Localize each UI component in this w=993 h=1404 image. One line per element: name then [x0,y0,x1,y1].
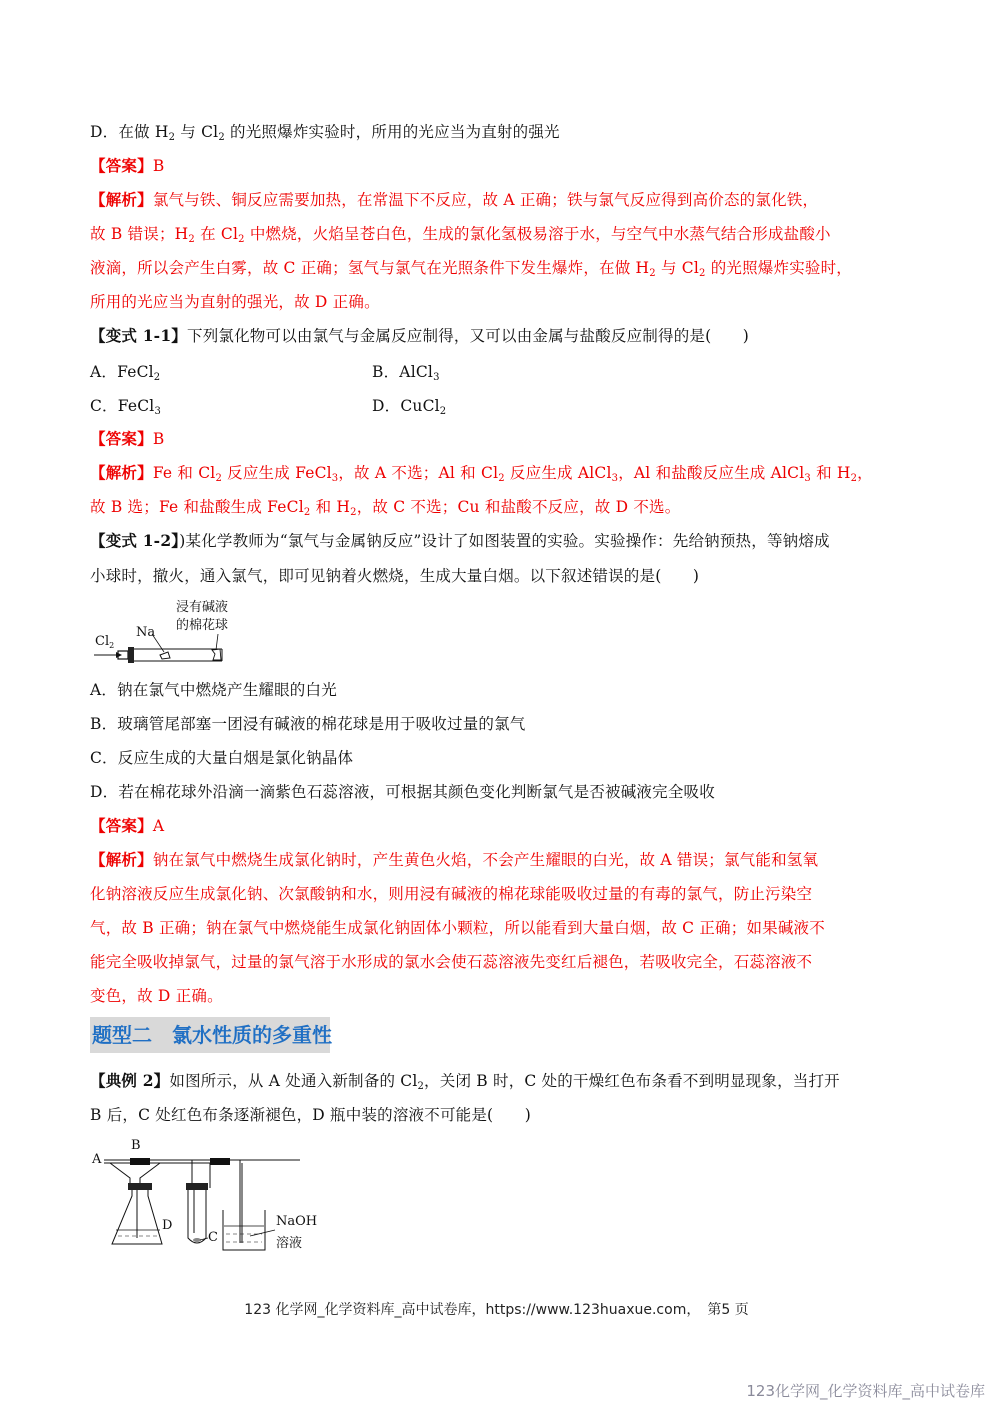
variant-1-2-option-b: B．玻璃管尾部塞一团浸有碱液的棉花球是用于吸收过量的氯气 [90,714,526,734]
analysis-label: 【解析】 [90,463,153,482]
label-cl2: Cl2 [95,634,114,649]
variant-1-2-analysis-line-5: 变色，故 D 正确。 [90,986,223,1006]
variant-1-1-options-row-2: C．FeCl3 D．CuCl2 [90,396,690,416]
analysis-text: 和 H [310,498,350,516]
label-na: Na [136,625,155,640]
formula: Cl [682,259,699,277]
page-footer: 123 化学网_化学资料库_高中试卷库，https://www.123huaxu… [0,1299,993,1319]
analysis-text: 与 [656,259,682,277]
formula: FeCl [117,363,154,381]
analysis-text: 在 [195,225,221,243]
sodium-tube-figure: Cl2 Na 浸有碱液 的棉花球 [90,594,260,670]
variant-1-1-answer: 【答案】B [90,429,164,449]
analysis-text: ，Al 和盐酸反应生成 AlCl [618,464,804,482]
watermark: 123化学网_化学资料库_高中试卷库 [746,1380,985,1401]
label-cotton-line-2: 的棉花球 [176,614,228,633]
prev-answer: 【答案】B [90,156,164,176]
prev-analysis-line-3: 液滴，所以会产生白雾，故 C 正确；氢气与氯气在光照条件下发生爆炸，在做 H2 … [90,258,852,278]
variant-1-2-option-a: A．钠在氯气中燃烧产生耀眼的白光 [90,680,337,700]
question-label: 【变式 1-2】 [90,531,179,550]
formula: FeCl [118,397,155,415]
option-text: 与 [175,123,201,141]
answer-value: B [153,157,165,175]
subscript: 3 [154,406,161,417]
analysis-text: 钠在氯气中燃烧生成氯化钠时，产生黄色火焰，不会产生耀眼的白光，故 A 错误；氯气… [153,851,818,869]
prev-option-d: D．在做 H2 与 Cl2 的光照爆炸实验时，所用的光应当为直射的强光 [90,122,560,142]
option-a: A．FeCl2 [90,363,160,381]
label-b: B [131,1138,141,1153]
option-text: 的光照爆炸实验时，所用的光应当为直射的强光 [225,123,560,141]
variant-1-1-options-row-1: A．FeCl2 B．AlCl3 [90,362,690,382]
apparatus-figure: A B C D NaOH 溶液 [90,1138,330,1253]
example-2-question-line-1: 【典例 2】如图所示，从 A 处通入新制备的 Cl2，关闭 B 时，C 处的干燥… [90,1071,840,1091]
variant-1-2-analysis-line-3: 气，故 B 正确；钠在氯气中燃烧能生成氯化钠固体小颗粒，所以能看到大量白烟，故 … [90,918,825,938]
answer-label: 【答案】 [90,816,153,835]
analysis-text: 中燃烧，火焰呈苍白色，生成的氯化氢极易溶于水，与空气中水蒸气结合形成盐酸小 [245,225,831,243]
example-2-question-line-2: B 后，C 处红色布条逐渐褪色，D 瓶中装的溶液不可能是( ) [90,1105,531,1125]
formula: H [175,225,189,243]
formula: H [636,259,650,277]
analysis-text: 液滴，所以会产生白雾，故 C 正确；氢气与氯气在光照条件下发生爆炸，在做 [90,259,636,277]
variant-1-2-answer: 【答案】A [90,816,164,836]
analysis-text: ，故 C 不选；Cu 和盐酸不反应，故 D 不选。 [357,498,681,516]
analysis-text: 反应生成 FeCl [222,464,332,482]
analysis-label: 【解析】 [90,850,153,869]
option-letter: B． [372,363,399,381]
section-number: 题型二 [92,1023,152,1047]
option-d: D．CuCl2 [372,396,446,416]
analysis-text: 的光照爆炸实验时， [706,259,852,277]
analysis-text: ， [857,464,873,482]
subscript: 2 [440,406,447,417]
variant-1-2-analysis-line-1: 【解析】钠在氯气中燃烧生成氯化钠时，产生黄色火焰，不会产生耀眼的白光，故 A 错… [90,850,818,870]
analysis-label: 【解析】 [90,190,153,209]
option-letter: A． [90,363,117,381]
subscript: 2 [109,641,114,650]
answer-label: 【答案】 [90,429,153,448]
question-text: 小球时，撤火，通入氯气，即可见钠着火燃烧，生成大量白烟。以下叙述错误的是( ) [90,567,699,585]
variant-1-1-analysis-line-2: 故 B 选；Fe 和盐酸生成 FeCl2 和 H2，故 C 不选；Cu 和盐酸不… [90,497,680,517]
analysis-text: 反应生成 AlCl [505,464,612,482]
label-d: D [162,1218,172,1233]
answer-value: B [153,430,165,448]
question-label: 【典例 2】 [90,1071,169,1090]
label-c: C [208,1230,218,1245]
variant-1-2-analysis-line-2: 化钠溶液反应生成氯化钠、次氯酸钠和水，则用浸有碱液的棉花球能吸收过量的有毒的氯气… [90,884,812,904]
analysis-text: 氯气与铁、铜反应需要加热，在常温下不反应，故 A 正确；铁与氯气反应得到高价态的… [153,191,818,209]
subscript: 2 [154,372,161,383]
option-b: B．AlCl3 [372,362,440,382]
option-c: C．FeCl3 [90,397,161,415]
formula: CuCl [400,397,439,415]
option-letter: C． [90,397,118,415]
question-text: 如图所示，从 A 处通入新制备的 Cl [169,1072,417,1090]
section-title: 氯水性质的多重性 [172,1023,332,1047]
option-letter: D． [372,397,400,415]
prev-analysis-line-1: 【解析】氯气与铁、铜反应需要加热，在常温下不反应，故 A 正确；铁与氯气反应得到… [90,190,818,210]
analysis-text: 和 H [811,464,851,482]
analysis-text: 故 B 选；Fe 和盐酸生成 FeCl [90,498,304,516]
variant-1-1-question: 【变式 1-1】下列氯化物可以由氯气与金属反应制得，又可以由金属与盐酸反应制得的… [90,326,749,346]
formula: Cl [221,225,238,243]
option-text: D．在做 [90,123,155,141]
variant-1-2-option-c: C．反应生成的大量白烟是氯化钠晶体 [90,748,353,768]
section-header: 题型二氯水性质的多重性 [90,1017,330,1053]
label-a: A [92,1152,101,1167]
formula: Cl [201,123,218,141]
variant-1-2-analysis-line-4: 能完全吸收掉氯气，过量的氯气溶于水形成的氯水会使石蕊溶液先变红后褪色，若吸收完全… [90,952,812,972]
analysis-text: 故 B 错误； [90,225,175,243]
analysis-text: 所用的光应当为直射的强光，故 D 正确。 [90,293,380,311]
analysis-text: ，故 A 不选；Al 和 Cl [338,464,498,482]
subscript: 3 [433,372,440,383]
variant-1-1-analysis-line-1: 【解析】Fe 和 Cl2 反应生成 FeCl3，故 A 不选；Al 和 Cl2 … [90,463,873,483]
formula: H [155,123,169,141]
variant-1-2-question-line-2: 小球时，撤火，通入氯气，即可见钠着火燃烧，生成大量白烟。以下叙述错误的是( ) [90,566,699,586]
question-text: 下列氯化物可以由氯气与金属反应制得，又可以由金属与盐酸反应制得的是( ) [187,327,749,345]
glass-tube-diagram-icon [90,594,260,670]
label-cotton-line-1: 浸有碱液 [176,596,228,615]
question-text: ，关闭 B 时，C 处的干燥红色布条看不到明显现象，当打开 [424,1072,840,1090]
formula: AlCl [399,363,433,381]
prev-analysis-line-4: 所用的光应当为直射的强光，故 D 正确。 [90,292,380,312]
formula: Cl [95,634,109,649]
label-solution: 溶液 [276,1232,302,1251]
question-text: )某化学教师为“氯气与金属钠反应”设计了如图装置的实验。实验操作：先给钠预热，等… [179,532,830,550]
variant-1-2-question-line-1: 【变式 1-2】)某化学教师为“氯气与金属钠反应”设计了如图装置的实验。实验操作… [90,531,830,551]
answer-label: 【答案】 [90,156,153,175]
variant-1-2-option-d: D．若在棉花球外沿滴一滴紫色石蕊溶液，可根据其颜色变化判断氯气是否被碱液完全吸收 [90,782,715,802]
label-naoh: NaOH [276,1214,317,1229]
analysis-text: Fe 和 Cl [153,464,216,482]
prev-analysis-line-2: 故 B 错误；H2 在 Cl2 中燃烧，火焰呈苍白色，生成的氯化氢极易溶于水，与… [90,224,831,244]
question-label: 【变式 1-1】 [90,326,187,345]
answer-value: A [153,817,164,835]
